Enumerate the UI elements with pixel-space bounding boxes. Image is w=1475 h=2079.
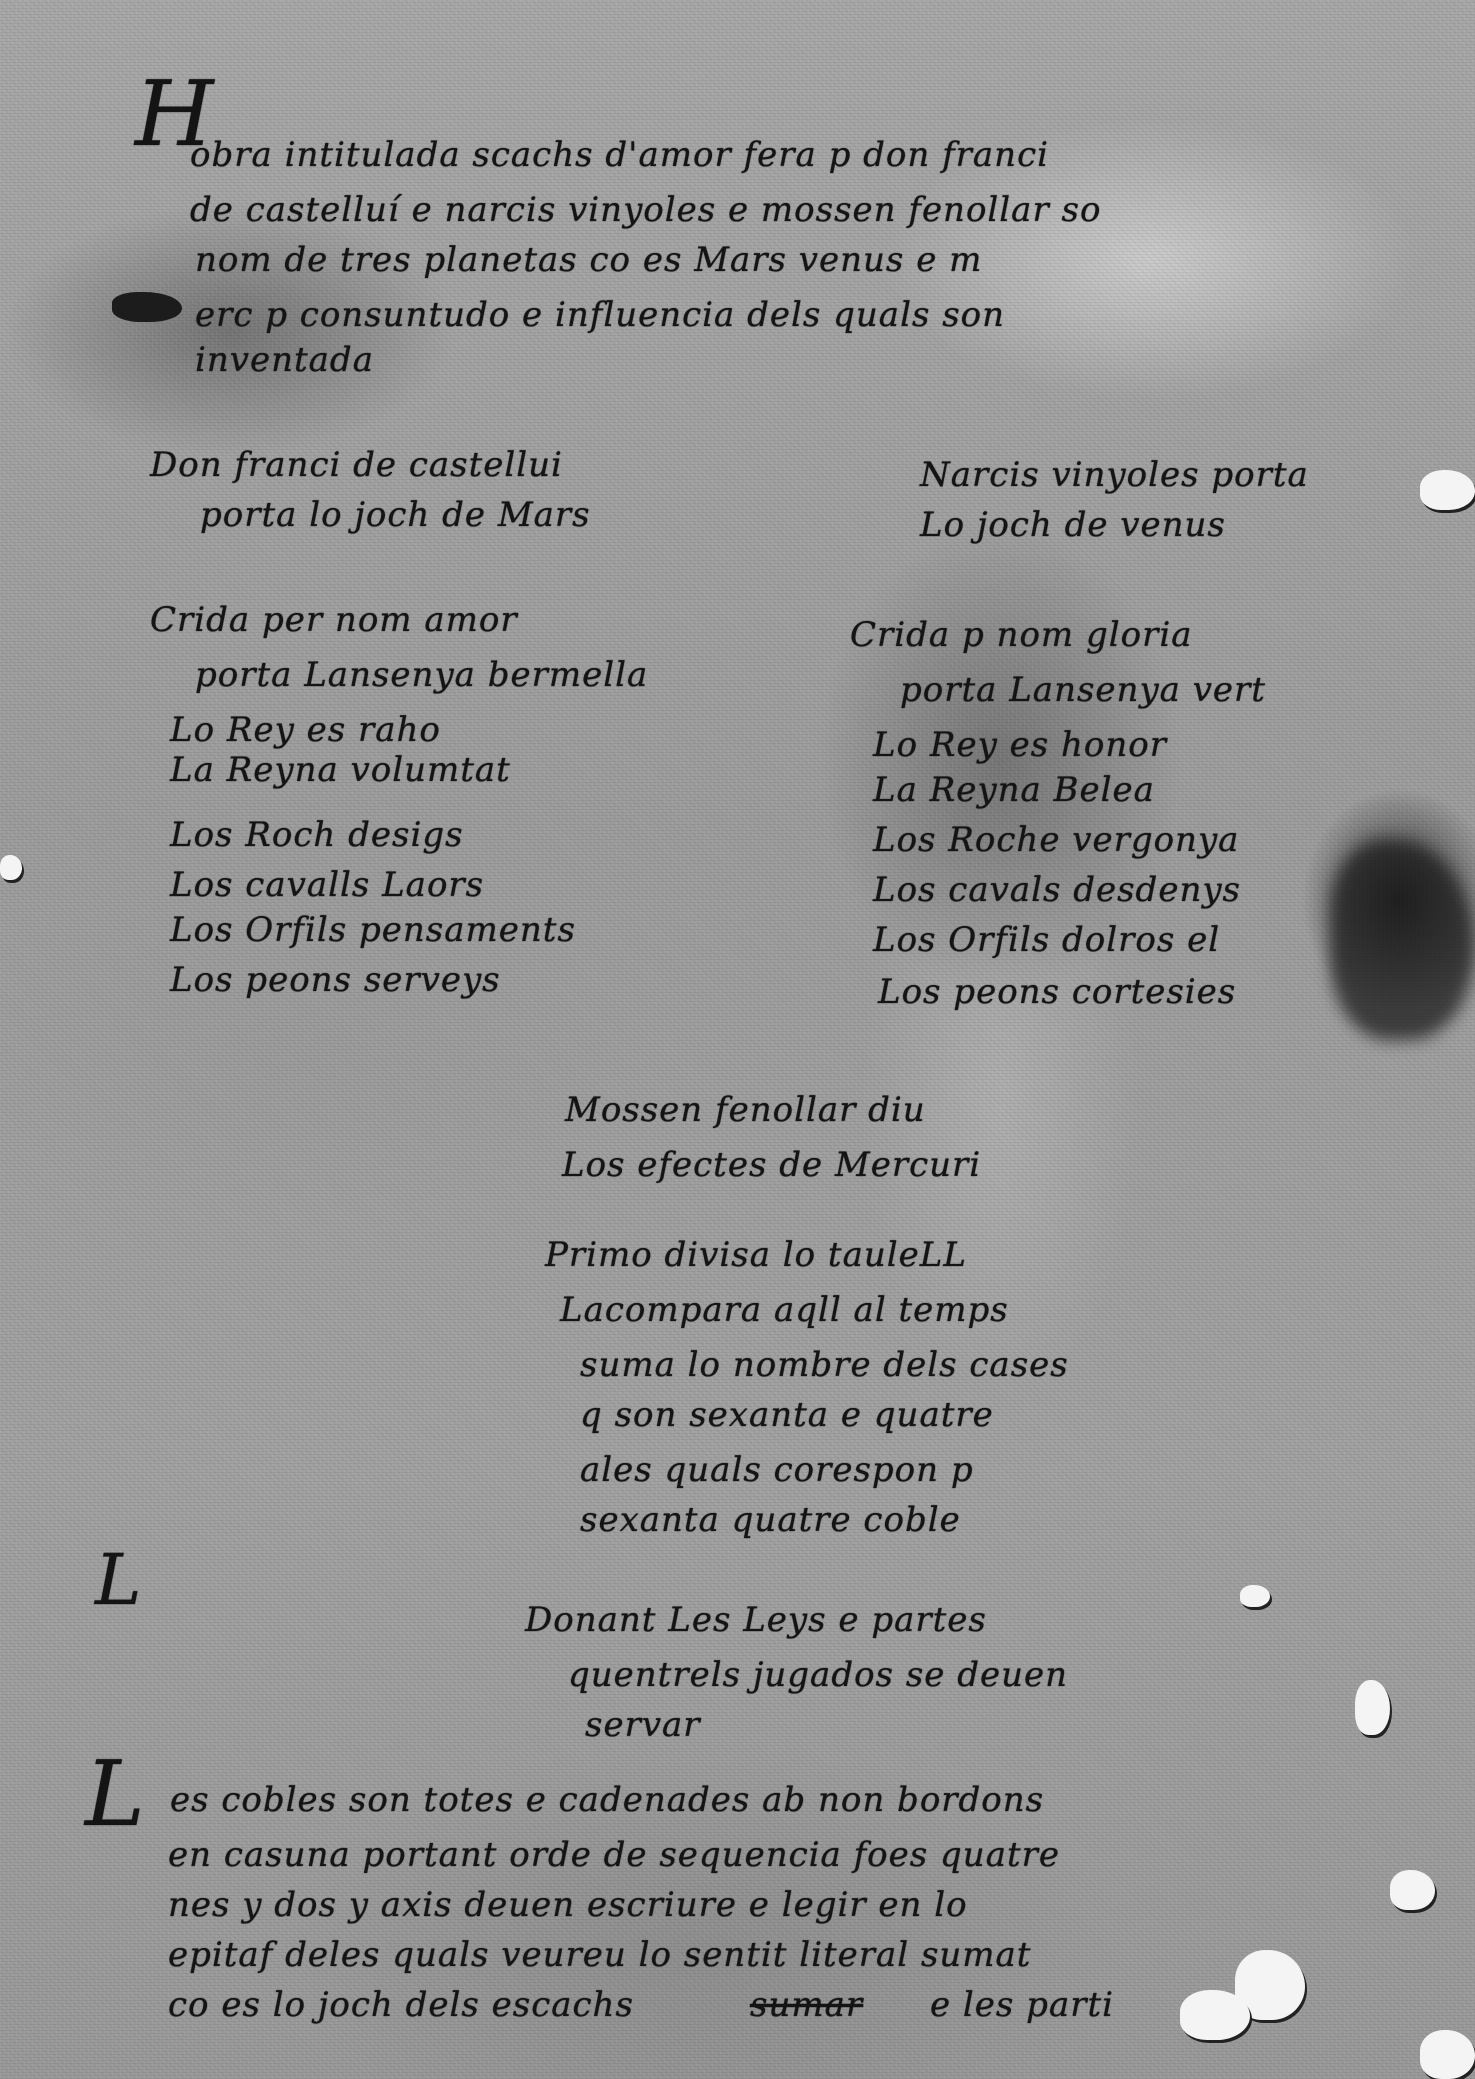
paragraph-initial: L [85,1750,145,1840]
paper-hole [1420,470,1475,510]
crida-line: Los Orfils dolros el [873,920,1220,960]
paragraph-line: en casuna portant orde de sequencia foes… [168,1835,1060,1875]
crida-line: porta Lansenya vert [900,670,1266,710]
crida-line: Los cavalls Laors [170,865,484,905]
left-title: porta lo joch de Mars [200,495,591,535]
struck-word: sumar [750,1985,863,2025]
paragraph-line: suma lo nombre dels cases [580,1345,1069,1385]
heading-line: nom de tres planetas co es Mars venus e … [195,240,982,280]
paper-hole [1240,1585,1270,1607]
paragraph-trailing: e les parti [930,1985,1114,2025]
paragraph-line: epitaf deles quals veureu lo sentit lite… [168,1935,1031,1975]
paper-hole [0,855,22,880]
paragraph-line: q son sexanta e quatre [580,1395,994,1435]
paragraph-line: co es lo joch dels escachs [168,1985,634,2025]
crida-line: Los peons serveys [170,960,501,1000]
paper-hole [1420,2030,1475,2079]
manuscript-page: H obra intitulada scachs d'amor fera p d… [0,0,1475,2079]
crida-line: Los peons cortesies [878,972,1236,1012]
paragraph-line: sexanta quatre coble [580,1500,961,1540]
crida-line: Lo Rey es honor [873,725,1167,765]
laws-title: servar [585,1705,701,1745]
paragraph-line: nes y dos y axis deuen escriure e legir … [168,1885,968,1925]
right-title: Lo joch de venus [920,505,1226,545]
crida-line: Los Roche vergonya [873,820,1239,860]
paper-hole [1180,1990,1250,2040]
center-title: Mossen fenollar diu [565,1090,926,1130]
left-title: Don franci de castellui [150,445,563,485]
crida-line: Los Roch desigs [170,815,464,855]
paragraph-line: Lacompara aqll al temps [560,1290,1009,1330]
crida-line: Crida per nom amor [150,600,518,640]
paragraph-line: ales quals corespon p [580,1450,974,1490]
crida-line: Crida p nom gloria [850,615,1192,655]
right-title: Narcis vinyoles porta [920,455,1309,495]
crida-line: La Reyna Belea [873,770,1155,810]
heading-line: de castelluí e narcis vinyoles e mossen … [190,190,1101,230]
laws-title: Donant Les Leys e partes [525,1600,987,1640]
center-title: Los efectes de Mercuri [562,1145,981,1185]
margin-mark: L [95,1545,141,1615]
ink-blot [112,292,182,322]
crida-line: La Reyna volumtat [170,750,511,790]
heading-line: obra intitulada scachs d'amor fera p don… [190,135,1049,175]
crida-line: Los cavals desdenys [873,870,1241,910]
heading-line: inventada [195,340,374,380]
paragraph-line: es cobles son totes e cadenades ab non b… [170,1780,1044,1820]
crida-line: Lo Rey es raho [170,710,441,750]
paper-hole [1355,1680,1390,1735]
laws-title: quentrels jugados se deuen [568,1655,1068,1695]
paper-hole [1390,1870,1435,1910]
heading-line: erc p consuntudo e influencia dels quals… [195,295,1005,335]
paragraph-line: Primo divisa lo tauleLL [545,1235,967,1275]
crida-line: Los Orfils pensaments [170,910,576,950]
crida-line: porta Lansenya bermella [195,655,648,695]
